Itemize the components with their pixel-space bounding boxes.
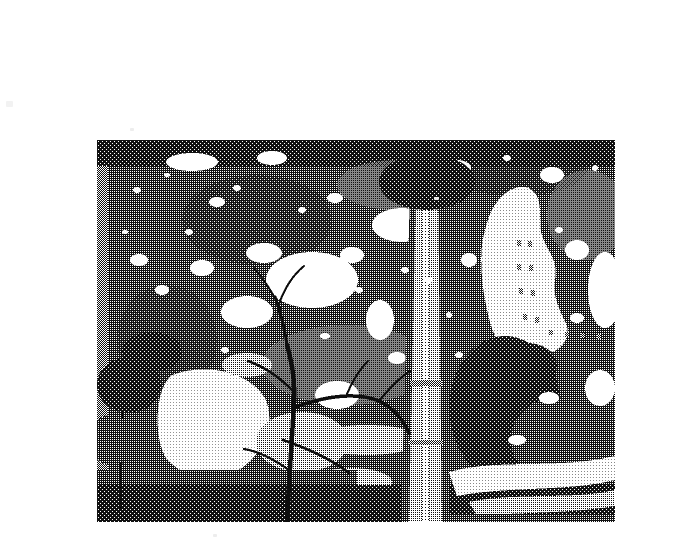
- scan-speck: [213, 534, 217, 537]
- halftone-photo: [97, 140, 615, 522]
- scan-speck: [6, 101, 13, 107]
- scanned-page: [0, 0, 692, 540]
- halftone-photo-svg: [97, 140, 615, 522]
- trunk-top-foliage: [379, 154, 475, 210]
- scan-speck: [130, 128, 134, 131]
- scan-speck: [434, 197, 439, 200]
